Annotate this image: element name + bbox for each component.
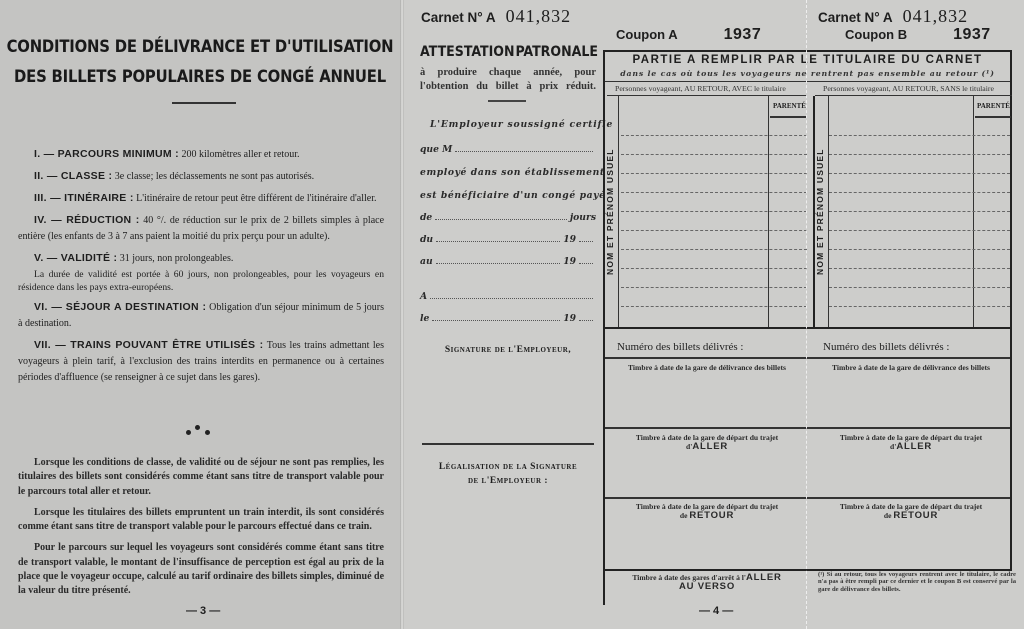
name-label-a: NOM ET PRÉNOM USUEL — [605, 132, 619, 292]
attestation-divider — [488, 100, 526, 102]
field-jours[interactable]: dejours — [420, 212, 596, 223]
clause-trains: VII. — TRAINS POUVANT ÊTRE UTILISÉS : To… — [18, 337, 384, 386]
stamp-arrivee-a[interactable]: Timbre à date des gares d'arrêt à l'ALLE… — [605, 573, 809, 591]
attestation-subtitle: à produire chaque année, pour l'obtentio… — [420, 66, 596, 94]
paragraph: Lorsque les conditions de classe, de val… — [18, 456, 384, 499]
field-au[interactable]: au19 — [420, 256, 596, 267]
footnote: (¹) Si au retour, tous les voyageurs ren… — [818, 571, 1016, 593]
clauses-list: I. — PARCOURS MINIMUM : 200 kilomètres a… — [18, 146, 384, 391]
name-line[interactable] — [621, 230, 807, 231]
name-line[interactable] — [621, 192, 807, 193]
name-line[interactable] — [829, 211, 1010, 212]
frame-title: PARTIE A REMPLIR PAR LE TITULAIRE DU CAR… — [605, 54, 1010, 66]
name-label-b: NOM ET PRÉNOM USUEL — [815, 132, 829, 292]
page-number-3: — 3 — — [186, 605, 220, 617]
field-a-lieu[interactable]: A — [420, 291, 596, 302]
parente-label-a: PARENTÉ — [773, 102, 806, 110]
stamp-aller-a[interactable]: Timbre à date de la gare de départ du tr… — [605, 433, 809, 451]
clause-classe: II. — CLASSE : 3e classe; les déclasseme… — [18, 168, 384, 185]
employer-signature-label: Signature de l'Employeur, — [420, 345, 596, 355]
stamp-aller-b[interactable]: Timbre à date de la gare de départ du tr… — [811, 433, 1011, 451]
clause-reduction: IV. — RÉDUCTION : 40 °/. de réduction su… — [18, 212, 384, 245]
frame-subtitle: dans le cas où tous les voyageurs ne ren… — [605, 69, 1010, 78]
paragraph: Pour le parcours sur lequel les voyageur… — [18, 541, 384, 598]
name-line[interactable] — [829, 306, 1010, 307]
carnet-number-a: Carnet N° A041,832 — [421, 6, 571, 27]
form-intro: L'Employeur soussigné certifie — [420, 119, 606, 130]
coupon-b-header: Coupon B1937 — [845, 26, 991, 44]
name-line[interactable] — [621, 154, 807, 155]
name-line[interactable] — [829, 192, 1010, 193]
col-header-sans: Personnes voyageant, AU RETOUR, SANS le … — [823, 84, 994, 93]
attestation-title: ATTESTATIONPATRONALE — [420, 44, 598, 60]
clause-sejour: VI. — SÉJOUR A DESTINATION : Obligation … — [18, 299, 384, 332]
title-divider — [172, 102, 236, 104]
form-employe: employé dans son établissement — [420, 167, 596, 178]
ornament-dots — [186, 425, 216, 439]
stamp-delivrance-b[interactable]: Timbre à date de la gare de délivrance d… — [811, 363, 1011, 372]
name-line[interactable] — [621, 268, 807, 269]
paragraph: Lorsque les titulaires des billets empru… — [18, 506, 384, 535]
clause-validite: V. — VALIDITÉ : 31 jours, non prolongeab… — [18, 250, 384, 267]
field-du[interactable]: du19 — [420, 234, 596, 245]
field-que-m[interactable]: que M — [420, 144, 596, 155]
name-line[interactable] — [621, 287, 807, 288]
conditions-title-line1: CONDITIONS DE DÉLIVRANCE ET D'UTILISATIO… — [0, 37, 400, 56]
numero-billets-b: Numéro des billets délivrés : — [823, 341, 949, 353]
coupon-a-header: Coupon A1937 — [616, 26, 761, 44]
name-line[interactable] — [621, 211, 807, 212]
signature-rule — [422, 443, 594, 445]
left-page-conditions: CONDITIONS DE DÉLIVRANCE ET D'UTILISATIO… — [0, 0, 400, 629]
numero-billets-a: Numéro des billets délivrés : — [617, 341, 743, 353]
page-number-4: — 4 — — [699, 605, 733, 617]
clause-parcours: I. — PARCOURS MINIMUM : 200 kilomètres a… — [18, 146, 384, 163]
name-line[interactable] — [621, 249, 807, 250]
parente-label-b: PARENTÉ — [977, 102, 1010, 110]
legalisation-label: Légalisation de la Signature de l'Employ… — [420, 460, 596, 488]
name-line[interactable] — [829, 173, 1010, 174]
name-line[interactable] — [829, 230, 1010, 231]
name-line[interactable] — [621, 135, 807, 136]
stamp-retour-a[interactable]: Timbre à date de la gare de départ du tr… — [605, 502, 809, 520]
col-header-avec: Personnes voyageant, AU RETOUR, AVEC le … — [615, 84, 786, 93]
clause-itineraire: III. — ITINÉRAIRE : L'itinéraire de reto… — [18, 190, 384, 207]
name-line[interactable] — [829, 249, 1010, 250]
name-line[interactable] — [829, 287, 1010, 288]
name-line[interactable] — [829, 268, 1010, 269]
conditions-title-line2: DES BILLETS POPULAIRES DE CONGÉ ANNUEL — [0, 67, 400, 86]
stamp-retour-b[interactable]: Timbre à date de la gare de départ du tr… — [811, 502, 1011, 520]
carnet-number-b: Carnet N° A041,832 — [818, 6, 968, 27]
field-le-date[interactable]: le19 — [420, 313, 596, 324]
name-line[interactable] — [621, 306, 807, 307]
stamps-section: Numéro des billets délivrés : Numéro des… — [603, 329, 1012, 606]
name-line[interactable] — [829, 135, 1010, 136]
penalty-paragraphs: Lorsque les conditions de classe, de val… — [18, 456, 384, 606]
perforation-line[interactable] — [806, 0, 807, 629]
stamp-delivrance-a[interactable]: Timbre à date de la gare de délivrance d… — [605, 363, 809, 372]
name-line[interactable] — [829, 154, 1010, 155]
form-beneficiaire: est bénéficiaire d'un congé payé — [420, 190, 596, 201]
clause-validite-note: La durée de validité est portée à 60 jou… — [18, 268, 384, 294]
name-line[interactable] — [621, 173, 807, 174]
travellers-table-frame: PARTIE A REMPLIR PAR LE TITULAIRE DU CAR… — [603, 50, 1012, 329]
